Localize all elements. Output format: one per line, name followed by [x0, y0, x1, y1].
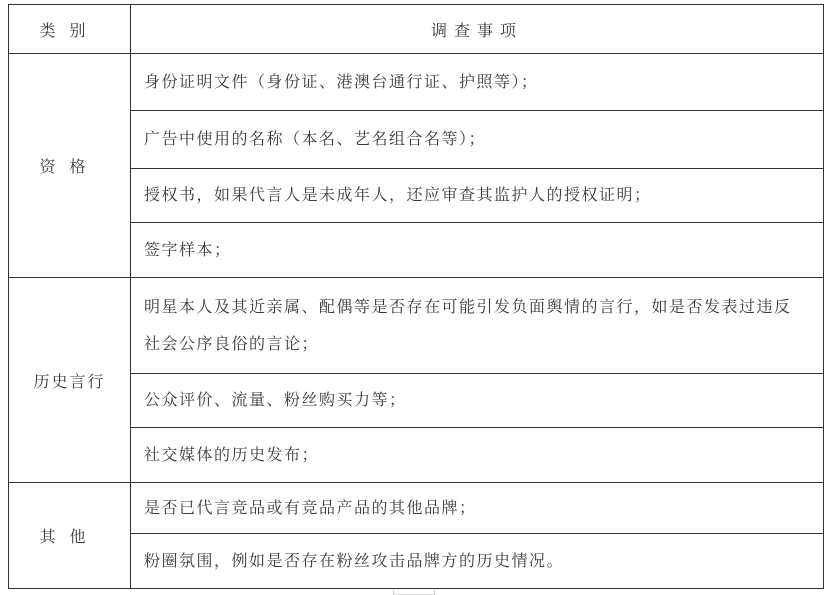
item-text: 粉圈氛围，例如是否存在粉丝攻击品牌方的历史情况。: [131, 543, 823, 580]
table-row: 社交媒体的历史发布；: [9, 428, 824, 483]
item-text-line2: 社会公序良俗的言论；: [131, 326, 823, 363]
table-row: 历史言行 明星本人及其近亲属、配偶等是否存在可能引发负面舆情的言行，如是否发表过…: [9, 278, 824, 374]
item-text: 广告中使用的名称（本名、艺名组合名等）；: [131, 121, 823, 158]
table-row: 广告中使用的名称（本名、艺名组合名等）；: [9, 111, 824, 169]
header-cell-category: 类别: [9, 5, 131, 54]
page-artifact: [393, 590, 435, 595]
item-text: 签字样本；: [131, 232, 823, 269]
item-text: 公众评价、流量、粉丝购买力等；: [131, 382, 823, 419]
table-row: 其他 是否已代言竞品或有竞品产品的其他品牌；: [9, 483, 824, 534]
due-diligence-table: 类别 调查事项 资格 身份证明文件（身份证、港澳台通行证、护照等）； 广告中使用…: [8, 4, 824, 589]
item-cell: 广告中使用的名称（本名、艺名组合名等）；: [131, 111, 824, 169]
category-cell-history: 历史言行: [9, 278, 131, 483]
item-cell: 是否已代言竞品或有竞品产品的其他品牌；: [131, 483, 824, 534]
table-row: 授权书，如果代言人是未成年人，还应审查其监护人的授权证明；: [9, 169, 824, 223]
document-page: 类别 调查事项 资格 身份证明文件（身份证、港澳台通行证、护照等）； 广告中使用…: [0, 0, 830, 595]
item-text: 是否已代言竞品或有竞品产品的其他品牌；: [131, 490, 823, 527]
item-text: 身份证明文件（身份证、港澳台通行证、护照等）；: [131, 64, 823, 101]
table-row: 公众评价、流量、粉丝购买力等；: [9, 374, 824, 428]
item-cell: 授权书，如果代言人是未成年人，还应审查其监护人的授权证明；: [131, 169, 824, 223]
item-cell: 社交媒体的历史发布；: [131, 428, 824, 483]
item-text: 授权书，如果代言人是未成年人，还应审查其监护人的授权证明；: [131, 177, 823, 214]
item-cell: 身份证明文件（身份证、港澳台通行证、护照等）；: [131, 54, 824, 111]
category-cell-other: 其他: [9, 483, 131, 589]
header-cell-items: 调查事项: [131, 5, 824, 54]
item-cell: 签字样本；: [131, 223, 824, 278]
item-cell: 明星本人及其近亲属、配偶等是否存在可能引发负面舆情的言行，如是否发表过违反 社会…: [131, 278, 824, 374]
category-cell-qualification: 资格: [9, 54, 131, 278]
table-row: 粉圈氛围，例如是否存在粉丝攻击品牌方的历史情况。: [9, 534, 824, 589]
item-text: 社交媒体的历史发布；: [131, 437, 823, 474]
item-cell: 公众评价、流量、粉丝购买力等；: [131, 374, 824, 428]
table-row: 资格 身份证明文件（身份证、港澳台通行证、护照等）；: [9, 54, 824, 111]
item-text-line1: 明星本人及其近亲属、配偶等是否存在可能引发负面舆情的言行，如是否发表过违反: [131, 289, 823, 326]
table-header-row: 类别 调查事项: [9, 5, 824, 54]
table-row: 签字样本；: [9, 223, 824, 278]
item-cell: 粉圈氛围，例如是否存在粉丝攻击品牌方的历史情况。: [131, 534, 824, 589]
